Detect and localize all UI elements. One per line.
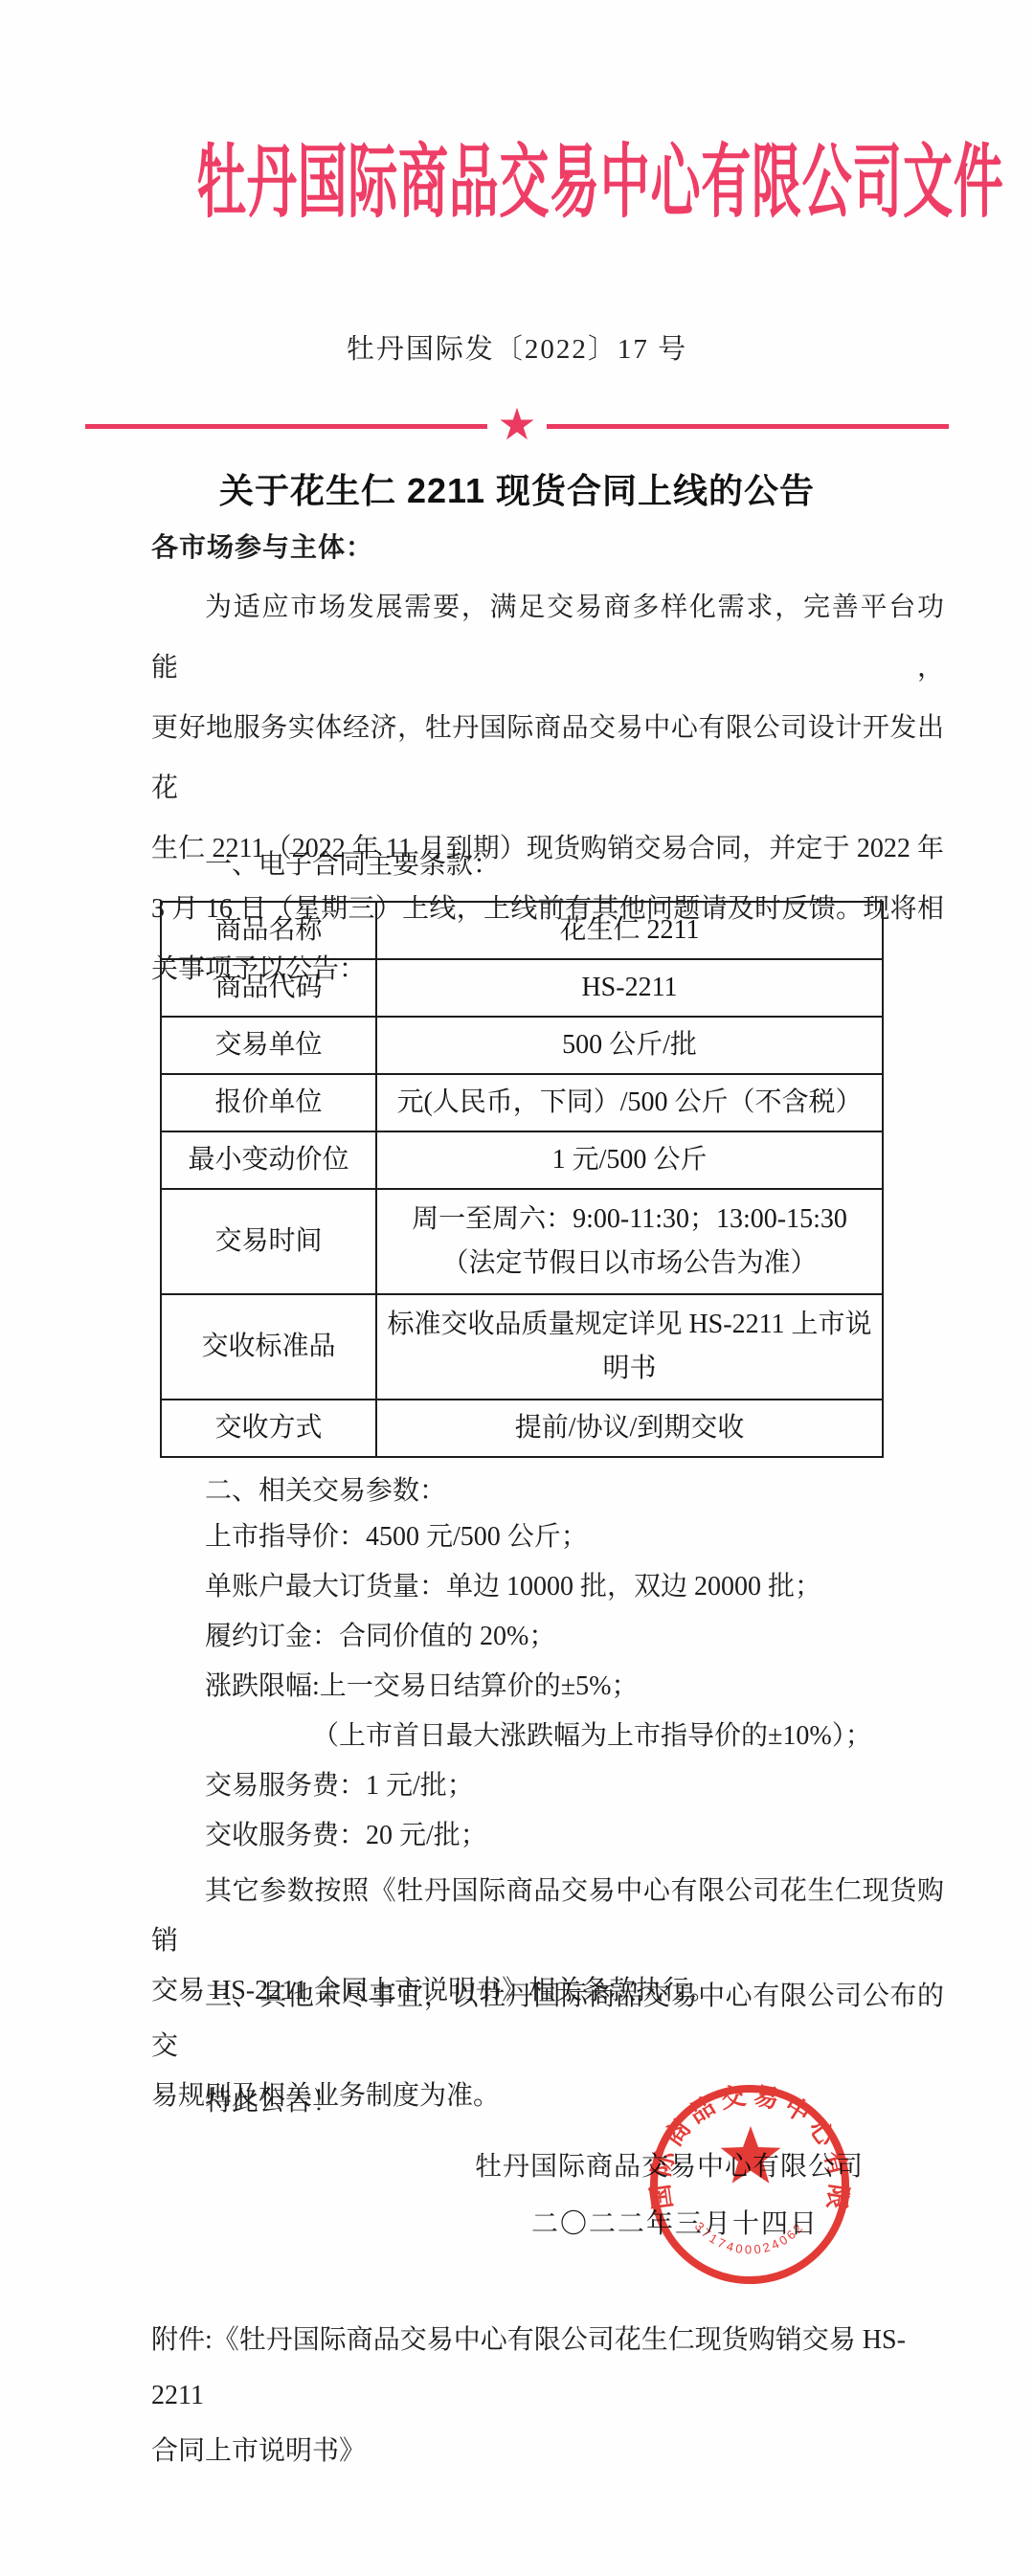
paragraph-line: 其它参数按照《牡丹国际商品交易中心有限公司花生仁现货购销 (151, 1867, 944, 1966)
salutation: 各市场参与主体： (151, 517, 944, 577)
row-value: 花生仁 2211 (376, 902, 883, 959)
table-row: 商品名称 花生仁 2211 (161, 902, 883, 959)
row-value: 元(人民币，下同）/500 公斤（不含税） (376, 1074, 883, 1131)
list-item: 涨跌限幅:上一交易日结算价的±5%； (151, 1662, 975, 1712)
document-number: 牡丹国际发〔2022〕17 号 (0, 331, 1034, 368)
section-two-heading: 二、相关交易参数： (151, 1474, 944, 1509)
signature-company: 牡丹国际商品交易中心有限公司 (0, 2142, 1034, 2192)
document-page: 牡丹国际商品交易中心有限公司文件 牡丹国际发〔2022〕17 号 ★ 关于花生仁… (0, 0, 1034, 2576)
attachment-line: 附件:《牡丹国际商品交易中心有限公司花生仁现货购销交易 HS-2211 (151, 2313, 944, 2424)
star-icon: ★ (497, 411, 536, 439)
intro-line: 更好地服务实体经济，牡丹国际商品交易中心有限公司设计开发出花 (151, 698, 944, 818)
row-label: 交收标准品 (161, 1294, 376, 1400)
row-value: 周一至周六：9:00-11:30；13:00-15:30 （法定节假日以市场公告… (376, 1189, 883, 1294)
signature-date: 二〇二二年三月十四日 (0, 2200, 1034, 2250)
divider-line-left (85, 424, 487, 429)
paragraph-line: 三、其他未尽事宜，以牡丹国际商品交易中心有限公司公布的交 (151, 1972, 944, 2072)
list-item: 上市指导价：4500 元/500 公斤； (151, 1512, 975, 1562)
trade-parameters-list: 上市指导价：4500 元/500 公斤； 单账户最大订货量：单边 10000 批… (151, 1512, 975, 1861)
row-label: 报价单位 (161, 1074, 376, 1131)
announcement-title: 关于花生仁 2211 现货合同上线的公告 (0, 473, 1034, 509)
row-value: 标准交收品质量规定详见 HS-2211 上市说明书 (376, 1294, 883, 1400)
list-item: 交收服务费：20 元/批； (151, 1811, 975, 1861)
svg-text:牡丹国际商品交易中心有限公司: 牡丹国际商品交易中心有限公司 (635, 2070, 854, 2211)
row-value: 提前/协议/到期交收 (376, 1400, 883, 1457)
table-row: 交易单位 500 公斤/批 (161, 1017, 883, 1074)
seal-number: 3717400024062 (692, 2219, 807, 2256)
table-row: 商品代码 HS-2211 (161, 959, 883, 1017)
red-divider: ★ (0, 412, 1034, 440)
row-label: 商品名称 (161, 902, 376, 959)
section-one-heading: 一、电子合同主要条款： (151, 848, 944, 883)
table-row: 交收方式 提前/协议/到期交收 (161, 1400, 883, 1457)
intro-line: 为适应市场发展需要，满足交易商多样化需求，完善平台功能， (151, 577, 944, 698)
table-row: 最小变动价位 1 元/500 公斤 (161, 1131, 883, 1189)
table-row: 报价单位 元(人民币，下同）/500 公斤（不含税） (161, 1074, 883, 1131)
list-item: 交易服务费：1 元/批； (151, 1761, 975, 1811)
row-label: 交易时间 (161, 1189, 376, 1294)
seal-star-icon (721, 2126, 781, 2184)
row-value: 500 公斤/批 (376, 1017, 883, 1074)
table-row: 交易时间 周一至周六：9:00-11:30；13:00-15:30 （法定节假日… (161, 1189, 883, 1294)
attachment-line: 合同上市说明书》 (151, 2424, 944, 2479)
attachment-note: 附件:《牡丹国际商品交易中心有限公司花生仁现货购销交易 HS-2211 合同上市… (151, 2313, 944, 2479)
table-row: 交收标准品 标准交收品质量规定详见 HS-2211 上市说明书 (161, 1294, 883, 1400)
company-seal-stamp: 牡丹国际商品交易中心有限公司 3717400024062 (635, 2070, 865, 2299)
list-item: 单账户最大订货量：单边 10000 批，双边 20000 批； (151, 1562, 975, 1612)
svg-text:3717400024062: 3717400024062 (692, 2219, 807, 2256)
row-value: HS-2211 (376, 959, 883, 1017)
divider-line-right (547, 424, 949, 429)
row-label: 最小变动价位 (161, 1131, 376, 1189)
list-item: 履约订金：合同价值的 20%； (151, 1612, 975, 1662)
row-label: 交易单位 (161, 1017, 376, 1074)
row-value: 1 元/500 公斤 (376, 1131, 883, 1189)
letterhead-title: 牡丹国际商品交易中心有限公司文件 (196, 134, 838, 230)
seal-arc-text: 牡丹国际商品交易中心有限公司 (635, 2070, 854, 2211)
row-label: 商品代码 (161, 959, 376, 1017)
row-label: 交收方式 (161, 1400, 376, 1457)
list-item: （上市首日最大涨跌幅为上市指导价的±10%）； (151, 1712, 975, 1761)
contract-terms-table: 商品名称 花生仁 2211 商品代码 HS-2211 交易单位 500 公斤/批… (160, 901, 884, 1458)
